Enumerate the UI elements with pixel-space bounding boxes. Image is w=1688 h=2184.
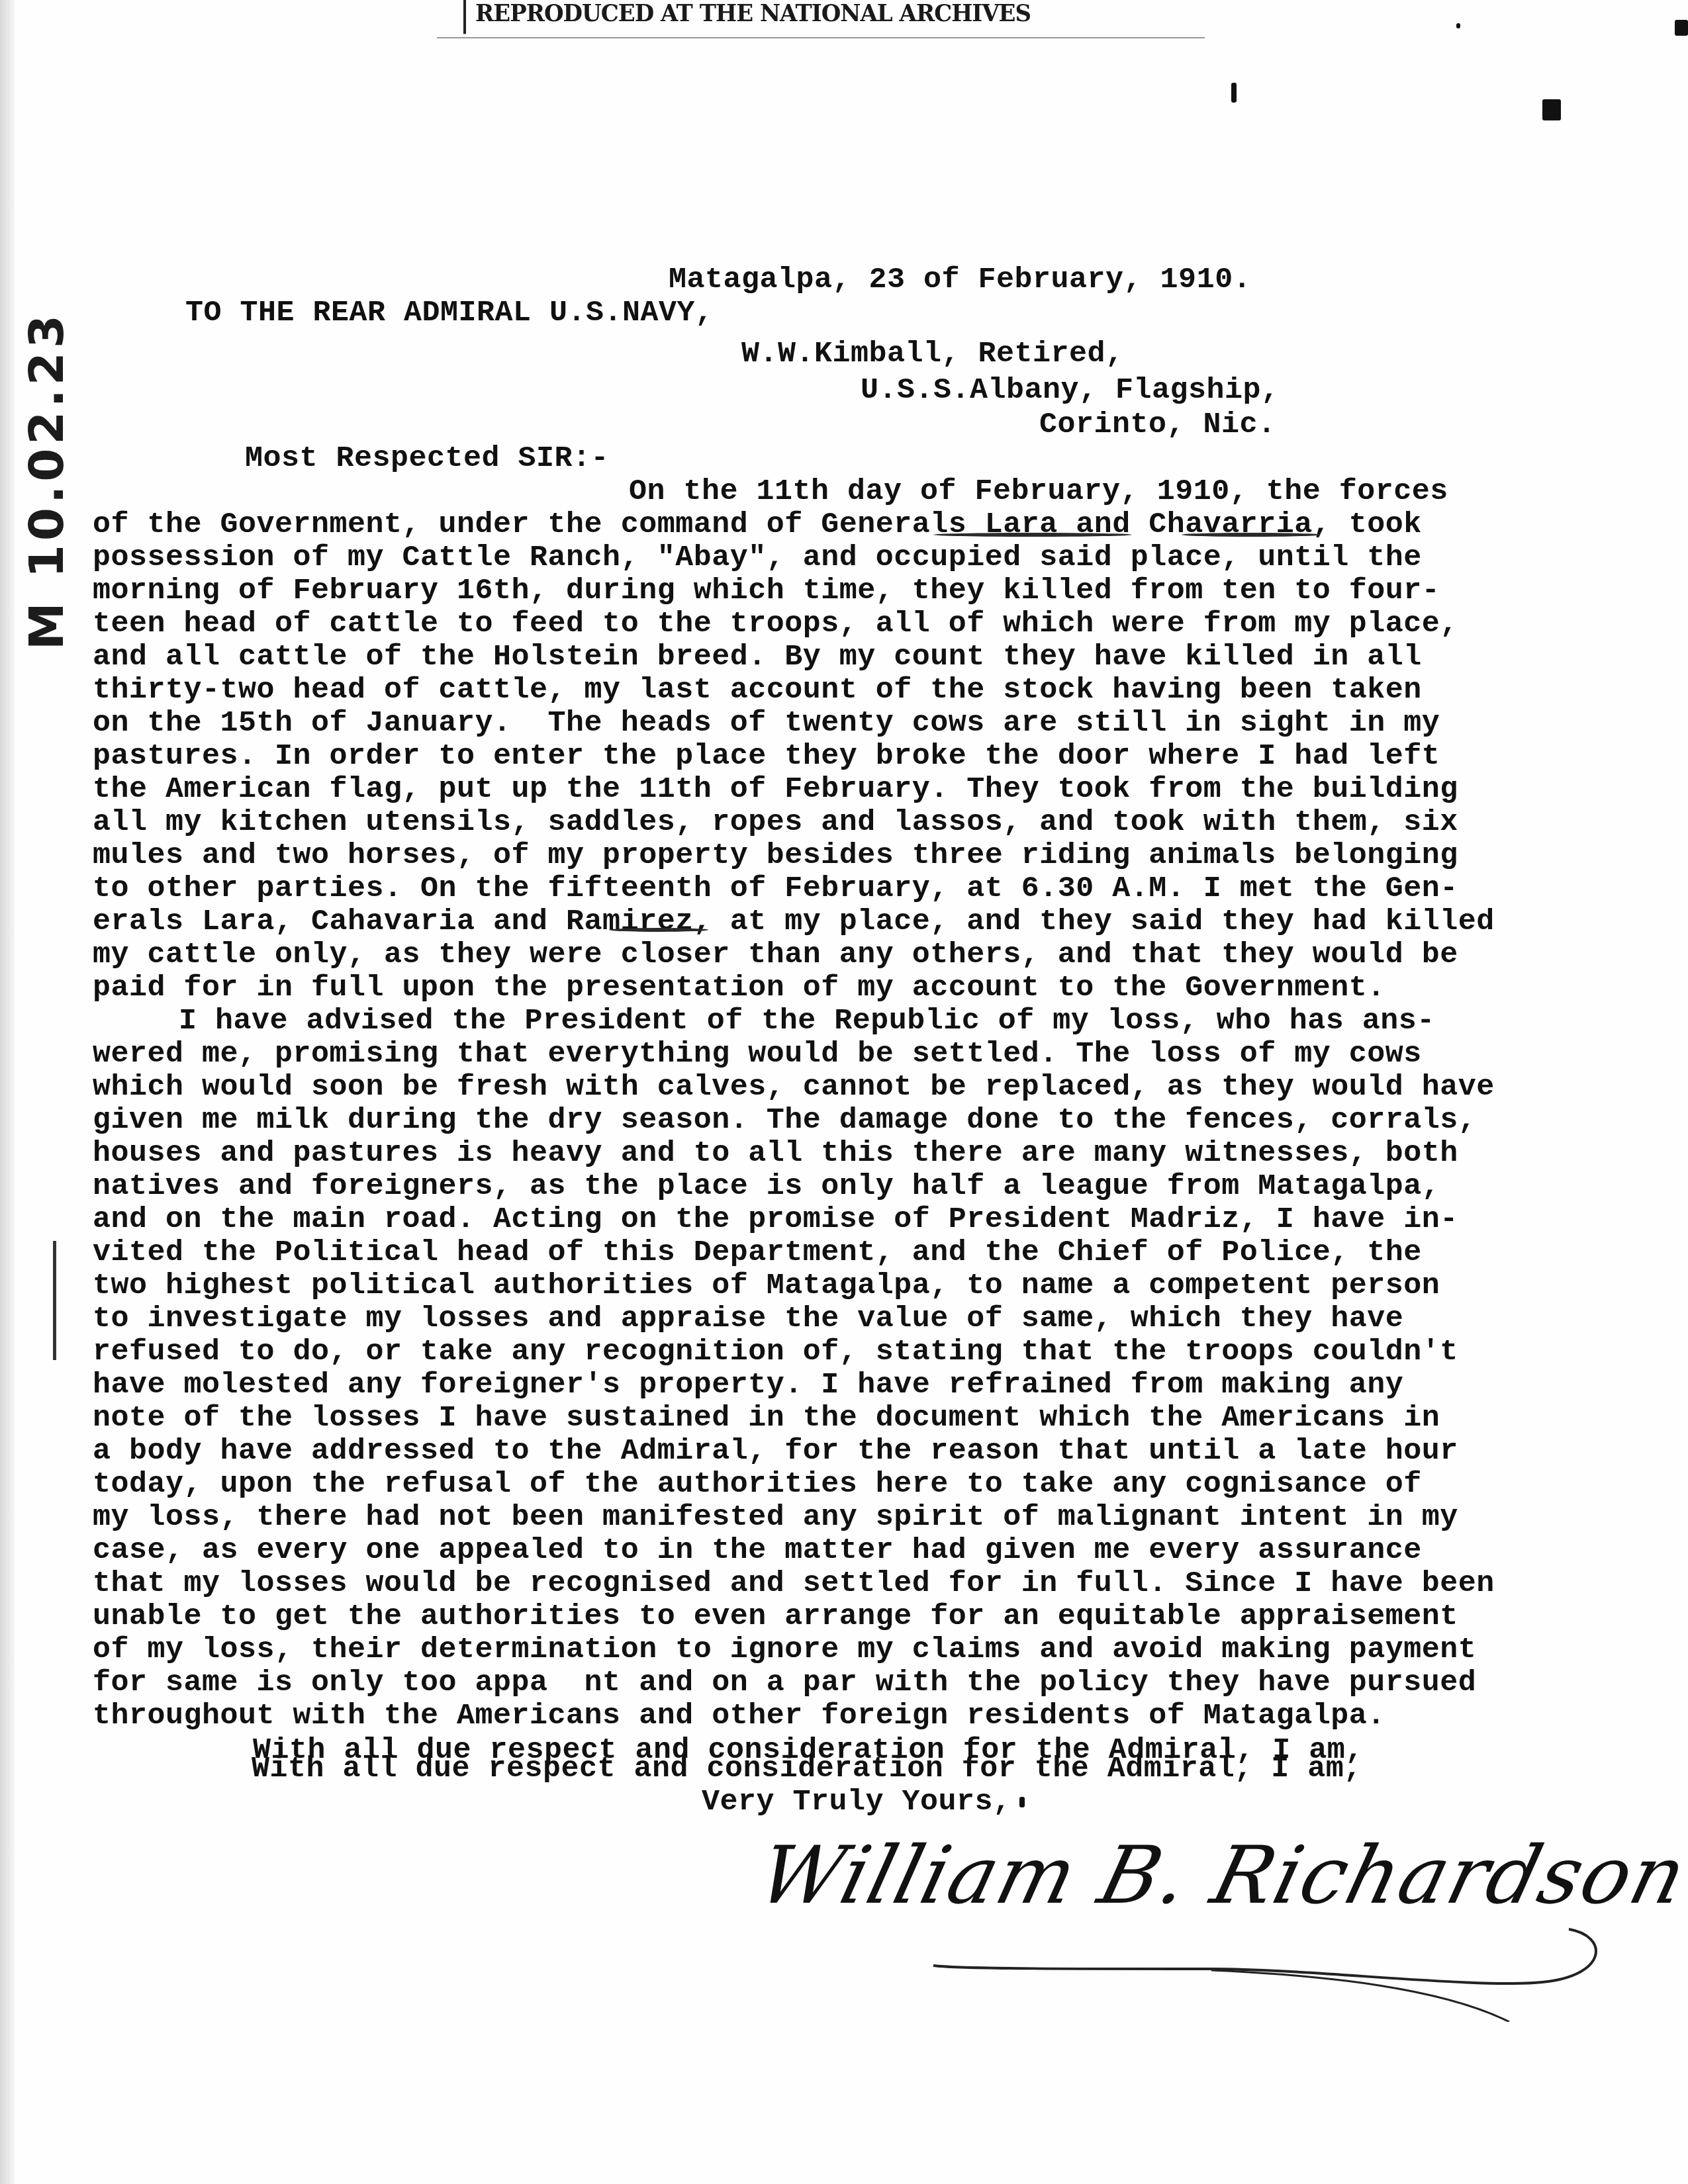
paragraph-2-line: wered me, promising that everything woul… <box>93 1038 1422 1071</box>
address-line-3: U.S.S.Albany, Flagship, <box>861 374 1280 407</box>
paragraph-1-line: on the 15th of January. The heads of twe… <box>93 707 1440 740</box>
scan-speck <box>1542 99 1561 120</box>
paragraph-2-line: given me milk during the dry season. The… <box>93 1104 1476 1137</box>
paragraph-2-line: today, upon the refusal of the authoriti… <box>93 1468 1422 1501</box>
paragraph-2-line: houses and pastures is heavy and to all … <box>93 1137 1458 1170</box>
scan-speck <box>1456 23 1460 28</box>
dateline: Matagalpa, 23 of February, 1910. <box>669 263 1251 296</box>
handwritten-margin-note: M 10.02.23 <box>7 285 79 655</box>
handwritten-underline <box>1182 533 1321 537</box>
paragraph-1-line: pastures. In order to enter the place th… <box>93 740 1440 773</box>
stamp-rule-divider <box>437 37 1205 38</box>
paragraph-1-line: erals Lara, Cahavaria and Ramirez, at my… <box>93 905 1495 938</box>
address-line-2: W.W.Kimball, Retired, <box>741 338 1124 371</box>
paragraph-2-line: unable to get the authorities to even ar… <box>93 1600 1458 1633</box>
closing-line: With all due respect and consideration f… <box>252 1752 1362 1786</box>
paragraph-2-line: for same is only too appa nt and on a pa… <box>93 1666 1476 1700</box>
paragraph-2-line: to investigate my losses and appraise th… <box>93 1302 1403 1336</box>
document-page: REPRODUCED AT THE NATIONAL ARCHIVES M 10… <box>0 0 1688 2184</box>
salutation: Most Respected SIR:- <box>245 442 609 475</box>
paragraph-2-line: two highest political authorities of Mat… <box>93 1269 1440 1302</box>
paragraph-2-line: and on the main road. Acting on the prom… <box>93 1203 1458 1236</box>
paragraph-2-line: natives and foreigners, as the place is … <box>93 1170 1440 1203</box>
paragraph-1-line: On the 11th day of February, 1910, the f… <box>629 475 1448 508</box>
scan-speck <box>1675 20 1688 36</box>
handwritten-underline <box>933 533 1132 537</box>
paragraph-1-line: morning of February 16th, during which t… <box>93 574 1440 608</box>
paragraph-1-line: paid for in full upon the presentation o… <box>93 972 1385 1005</box>
paragraph-2-line: refused to do, or take any recognition o… <box>93 1336 1458 1369</box>
paragraph-1-line: teen head of cattle to feed to the troop… <box>93 608 1458 641</box>
address-line-1: TO THE REAR ADMIRAL U.S.NAVY, <box>185 296 714 330</box>
paragraph-2-line: vited the Political head of this Departm… <box>93 1236 1422 1269</box>
paragraph-2-line: of my loss, their determination to ignor… <box>93 1633 1476 1666</box>
paragraph-1-line: the American flag, put up the 11th of Fe… <box>93 773 1458 806</box>
handwritten-signature: William B. Richardson <box>748 1823 1622 2022</box>
paragraph-1-line: and all cattle of the Holstein breed. By… <box>93 641 1422 674</box>
paragraph-1-line: to other parties. On the fifteenth of Fe… <box>93 872 1458 905</box>
margin-bar-mark <box>53 1241 56 1360</box>
paragraph-2-line: case, as every one appealed to in the ma… <box>93 1534 1422 1567</box>
paragraph-1-line: mules and two horses, of my property bes… <box>93 839 1458 872</box>
signature-flourish <box>748 1823 1622 2022</box>
paragraph-1-line: my cattle only, as they were closer than… <box>93 938 1458 972</box>
paragraph-2-line: have molested any foreigner's property. … <box>93 1369 1403 1402</box>
paragraph-2-line: that my losses would be recognised and s… <box>93 1567 1495 1600</box>
paragraph-2-line: which would soon be fresh with calves, c… <box>93 1071 1495 1104</box>
margin-reference-number: M 10.02.23 <box>19 306 74 650</box>
scan-speck <box>1231 83 1237 103</box>
paragraph-2-line: I have advised the President of the Repu… <box>179 1005 1435 1038</box>
valediction: Very Truly Yours, <box>702 1786 1011 1819</box>
paragraph-1-line: thirty-two head of cattle, my last accou… <box>93 674 1422 707</box>
scan-speck <box>1019 1797 1025 1807</box>
paragraph-1-line: all my kitchen utensils, saddles, ropes … <box>93 806 1458 839</box>
archive-stamp: REPRODUCED AT THE NATIONAL ARCHIVES <box>463 0 1223 34</box>
paragraph-2-line: throughout with the Americans and other … <box>93 1700 1385 1733</box>
paragraph-2-line: my loss, there had not been manifested a… <box>93 1501 1458 1534</box>
handwritten-underline <box>609 928 708 932</box>
address-line-4: Corinto, Nic. <box>1039 408 1276 441</box>
paragraph-2-line: note of the losses I have sustained in t… <box>93 1402 1440 1435</box>
paragraph-2-line: a body have addressed to the Admiral, fo… <box>93 1435 1458 1468</box>
paragraph-1-line: possession of my Cattle Ranch, "Abay", a… <box>93 541 1422 574</box>
